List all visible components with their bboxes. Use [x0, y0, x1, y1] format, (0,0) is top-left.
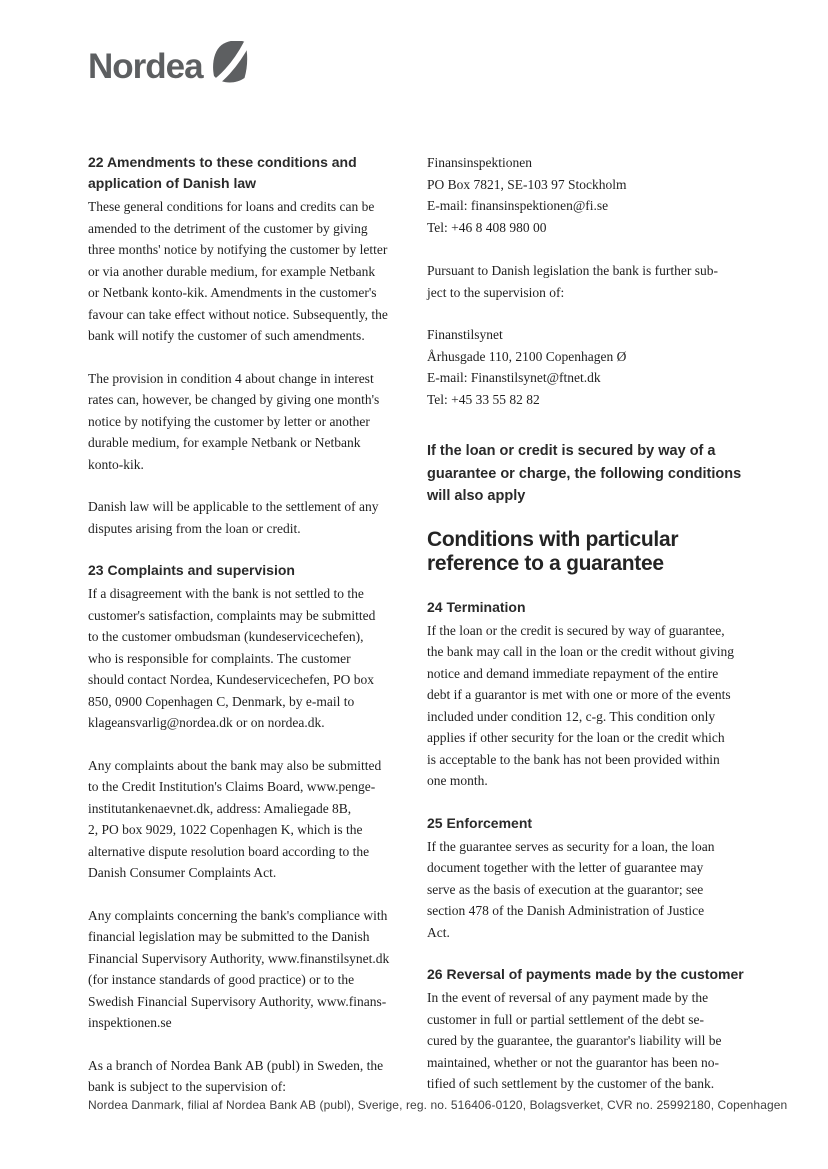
- nordea-logo: Nordea: [88, 48, 251, 90]
- supervisor-address-finansinspektionen: Finansinspektionen PO Box 7821, SE-103 9…: [427, 152, 773, 238]
- section-25-heading: 25 Enforcement: [427, 813, 773, 834]
- section-26-paragraph-1: In the event of reversal of any payment …: [427, 987, 773, 1095]
- section-24-paragraph-1: If the loan or the credit is secured by …: [427, 620, 773, 792]
- section-23-paragraph-3: Any complaints concerning the bank's com…: [88, 905, 422, 1034]
- section-25-paragraph-1: If the guarantee serves as security for …: [427, 836, 773, 944]
- section-24-heading: 24 Termination: [427, 597, 773, 618]
- footer-legal-text: Nordea Danmark, filial af Nordea Bank AB…: [88, 1098, 788, 1112]
- left-column: 22 Amendments to these conditions and ap…: [88, 152, 422, 1119]
- document-page: Nordea 22 Amendments to these conditions…: [0, 0, 828, 1169]
- section-22-paragraph-1: These general conditions for loans and c…: [88, 196, 422, 347]
- section-23-heading: 23 Complaints and supervision: [88, 560, 422, 581]
- section-23-paragraph-1: If a disagreement with the bank is not s…: [88, 583, 422, 734]
- section-23-paragraph-2: Any complaints about the bank may also b…: [88, 755, 422, 884]
- nordea-wordmark: Nordea: [88, 48, 203, 86]
- section-23-paragraph-4: As a branch of Nordea Bank AB (publ) in …: [88, 1055, 422, 1098]
- right-column: Finansinspektionen PO Box 7821, SE-103 9…: [427, 152, 773, 1116]
- supervisor-address-finanstilsynet: Finanstilsynet Århusgade 110, 2100 Copen…: [427, 324, 773, 410]
- section-22-paragraph-3: Danish law will be applicable to the set…: [88, 496, 422, 539]
- nordea-sail-icon: [211, 41, 251, 90]
- main-heading-guarantee: Conditions with particular reference to …: [427, 528, 773, 576]
- section-26-heading: 26 Reversal of payments made by the cust…: [427, 964, 773, 985]
- pursuant-paragraph: Pursuant to Danish legislation the bank …: [427, 260, 773, 303]
- section-22-paragraph-2: The provision in condition 4 about chang…: [88, 368, 422, 476]
- section-22-heading: 22 Amendments to these conditions and ap…: [88, 152, 422, 194]
- guarantee-conditions-note: If the loan or credit is secured by way …: [427, 440, 773, 508]
